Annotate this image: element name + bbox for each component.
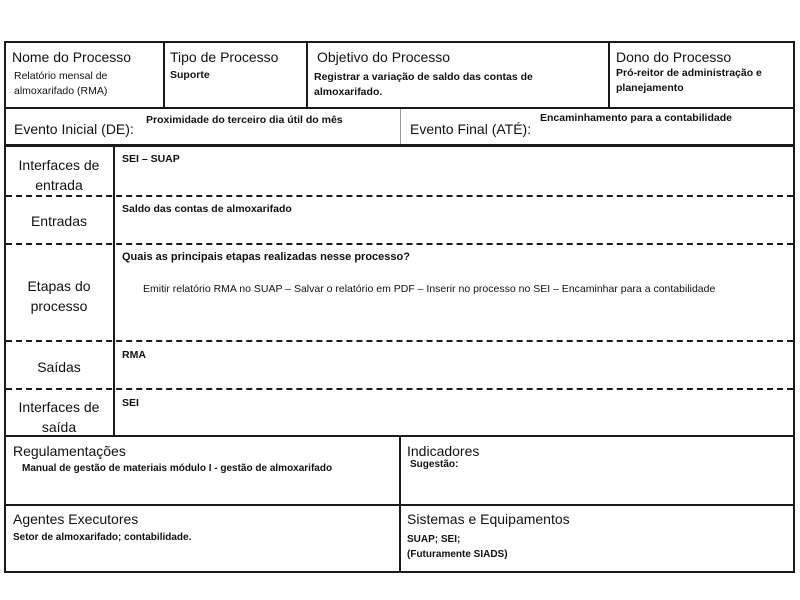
evento-final-value: Encaminhamento para a contabilidade <box>540 111 732 126</box>
agentes-executores-value: Setor de almoxarifado; contabilidade. <box>13 530 393 545</box>
objetivo-do-processo-value: Registrar a variação de saldo das contas… <box>314 70 554 100</box>
dono-do-processo-label: Dono do Processo <box>616 49 791 65</box>
tipo-de-processo-cell: Tipo de Processo Suporte <box>170 49 304 83</box>
tipo-de-processo-label: Tipo de Processo <box>170 49 304 65</box>
sistemas-equipamentos-cell: Sistemas e Equipamentos SUAP; SEI; (Futu… <box>407 511 787 562</box>
divider <box>163 43 165 107</box>
objetivo-do-processo-label: Objetivo do Processo <box>314 49 604 65</box>
divider <box>6 504 793 506</box>
row-divider <box>6 340 793 342</box>
evento-inicial-label: Evento Inicial (DE): <box>14 121 134 137</box>
sistemas-equipamentos-line1: SUAP; SEI; <box>407 532 787 547</box>
footer-section: Regulamentações Manual de gestão de mate… <box>4 435 795 573</box>
evento-final-cell: Evento Final (ATÉ): Encaminhamento para … <box>410 113 790 139</box>
divider <box>306 43 308 107</box>
evento-inicial-cell: Evento Inicial (DE): Proximidade do terc… <box>14 113 394 139</box>
regulamentacoes-value: Manual de gestão de materiais módulo I -… <box>13 461 393 476</box>
entradas-value: Saldo das contas de almoxarifado <box>122 202 292 217</box>
interfaces-saida-label: Interfaces de saída <box>6 397 112 437</box>
regulamentacoes-label: Regulamentações <box>13 443 393 459</box>
etapas-question: Quais as principais etapas realizadas ne… <box>122 250 410 265</box>
agentes-executores-cell: Agentes Executores Setor de almoxarifado… <box>13 511 393 545</box>
interfaces-entrada-value: SEI – SUAP <box>122 152 180 167</box>
row-divider <box>6 388 793 390</box>
tipo-de-processo-value: Suporte <box>170 68 304 83</box>
process-header-row: Nome do Processo Relatório mensal de alm… <box>4 41 795 109</box>
process-details: Interfaces de entrada SEI – SUAP Entrada… <box>4 145 795 437</box>
indicadores-cell: Indicadores Sugestão: <box>407 443 787 472</box>
nome-do-processo-value: Relatório mensal de almoxarifado (RMA) <box>12 69 134 99</box>
divider <box>400 109 401 144</box>
dono-do-processo-cell: Dono do Processo Pró-reitor de administr… <box>616 49 791 96</box>
regulamentacoes-cell: Regulamentações Manual de gestão de mate… <box>13 443 393 476</box>
nome-do-processo-cell: Nome do Processo Relatório mensal de alm… <box>12 49 160 99</box>
label-column-divider <box>113 147 115 435</box>
row-divider <box>6 243 793 245</box>
sistemas-equipamentos-line2: (Futuramente SIADS) <box>407 547 787 562</box>
saidas-value: RMA <box>122 348 146 363</box>
events-row: Evento Inicial (DE): Proximidade do terc… <box>4 107 795 146</box>
evento-inicial-value: Proximidade do terceiro dia útil do mês <box>146 113 343 128</box>
divider <box>608 43 610 107</box>
sistemas-equipamentos-label: Sistemas e Equipamentos <box>407 511 787 527</box>
indicadores-value: Sugestão: <box>407 457 787 472</box>
evento-final-label: Evento Final (ATÉ): <box>410 121 531 137</box>
agentes-executores-label: Agentes Executores <box>13 511 393 527</box>
etapas-value: Emitir relatório RMA no SUAP – Salvar o … <box>143 282 715 297</box>
dono-do-processo-value: Pró-reitor de administração e planejamen… <box>616 66 781 96</box>
entradas-label: Entradas <box>6 211 112 231</box>
etapas-label: Etapas do processo <box>6 276 112 316</box>
interfaces-entrada-label: Interfaces de entrada <box>6 155 112 195</box>
interfaces-saida-value: SEI <box>122 396 139 411</box>
objetivo-do-processo-cell: Objetivo do Processo Registrar a variaçã… <box>314 49 604 100</box>
nome-do-processo-label: Nome do Processo <box>12 49 160 65</box>
row-divider <box>6 195 793 197</box>
saidas-label: Saídas <box>6 357 112 377</box>
